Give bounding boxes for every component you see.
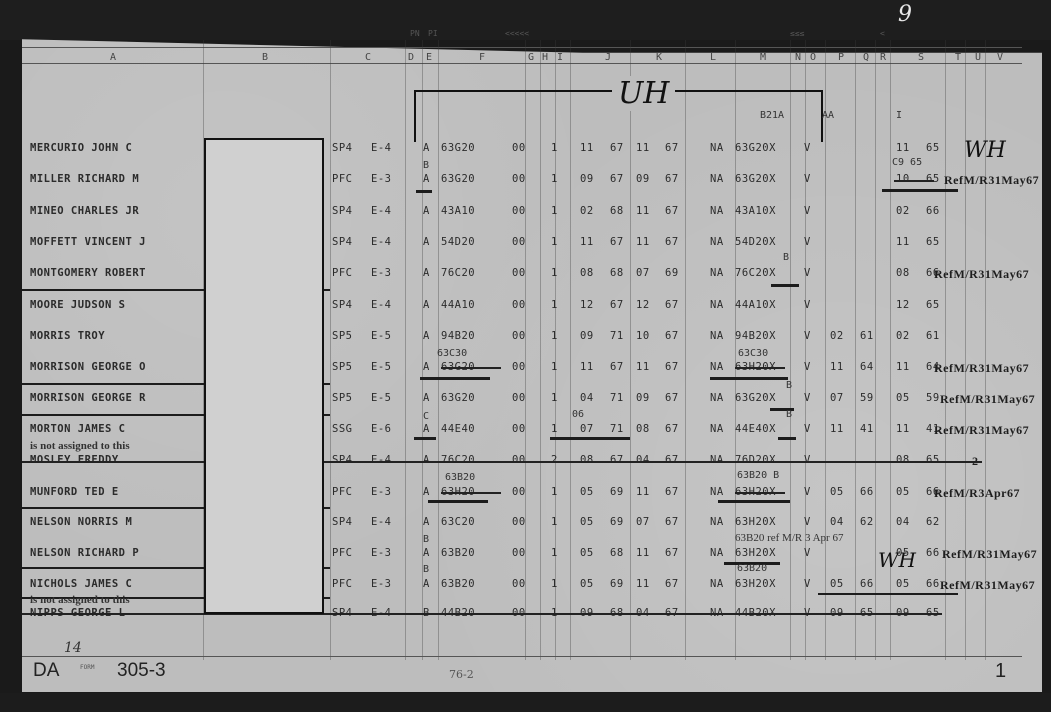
mos-code: 63G20: [441, 173, 475, 185]
column-letter-j: J: [605, 52, 612, 63]
date-month-1: 08: [580, 454, 594, 466]
mos-code: 63G20: [441, 392, 475, 404]
underline-mark: [420, 377, 490, 380]
date-year-2: 67: [665, 142, 679, 154]
row-strikethrough: [22, 613, 942, 615]
s-year: 59: [926, 392, 940, 404]
column-letter-l: L: [710, 52, 717, 63]
date-year-1: 67: [610, 361, 624, 373]
o-month: 02: [830, 330, 844, 342]
s-month: 05: [896, 578, 910, 590]
date-month-1: 07: [580, 423, 594, 435]
s-annotation: C9 65: [892, 157, 922, 168]
mos-code-2: 63G20X: [735, 392, 776, 404]
handwritten-wh-initials: WH: [964, 138, 1006, 163]
o-month: 07: [830, 392, 844, 404]
s-month: 05: [896, 392, 910, 404]
code-1: 1: [551, 392, 558, 404]
handwritten-page-number: 9: [898, 2, 912, 27]
o-year: 59: [860, 392, 874, 404]
soldier-name: MINEO CHARLES JR: [30, 205, 139, 217]
v-code: V: [804, 361, 811, 373]
soldier-name: MORRISON GEORGE O: [30, 361, 146, 373]
column-letter-c: C: [365, 52, 372, 63]
rank: PFC: [332, 267, 352, 279]
mos-code: 54D20: [441, 236, 475, 248]
flag-annotation: B: [423, 564, 429, 575]
na-code: NA: [710, 454, 724, 466]
handwritten-not-assigned-note: is not assigned to this: [30, 440, 130, 452]
date-month-2: 10: [636, 330, 650, 342]
soldier-name: MUNFORD TED E: [30, 486, 119, 498]
s-year: 65: [926, 236, 940, 248]
date-year-2: 67: [665, 486, 679, 498]
table-row: MILLER RICHARD M PFC E-3 A 63G20 00 1 09…: [0, 173, 1051, 203]
o-month: 05: [830, 486, 844, 498]
mos-code-2: 94B20X: [735, 330, 776, 342]
strikethrough: [894, 180, 934, 182]
rank: SP4: [332, 516, 352, 528]
date-year-2: 67: [665, 205, 679, 217]
date-month-2: 11: [636, 547, 650, 559]
date-year-1: 69: [610, 516, 624, 528]
s-year: 65: [926, 299, 940, 311]
v-code: V: [804, 205, 811, 217]
s-year: 66: [926, 578, 940, 590]
s-month: 11: [896, 423, 910, 435]
soldier-name: NICHOLS JAMES C: [30, 578, 132, 590]
date-year-1: 71: [610, 423, 624, 435]
date-month-2: 09: [636, 173, 650, 185]
mos-code: 94B20: [441, 330, 475, 342]
code-1: 1: [551, 516, 558, 528]
na-code: NA: [710, 392, 724, 404]
mos-code-2: 63G20X: [735, 173, 776, 185]
header-rule-bottom: [22, 63, 1022, 64]
pay-grade: E-4: [371, 236, 391, 248]
na-code: NA: [710, 330, 724, 342]
date-year-1: 67: [610, 454, 624, 466]
code-00: 00: [512, 299, 526, 311]
date-month-2: 08: [636, 423, 650, 435]
mos-code: 43A10: [441, 205, 475, 217]
date-month-1: 05: [580, 486, 594, 498]
status-code: A: [423, 299, 430, 311]
underline-mark: [414, 437, 436, 440]
status-code: A: [423, 454, 430, 466]
column-letter-r: R: [880, 52, 887, 63]
pay-grade: E-6: [371, 423, 391, 435]
v-code: V: [804, 330, 811, 342]
code-00: 00: [512, 454, 526, 466]
reference-note: RefM/R31May67: [940, 392, 1035, 407]
date-month-2: 11: [636, 236, 650, 248]
header-rule-top: [22, 47, 1022, 48]
code-00: 00: [512, 547, 526, 559]
o-year: 66: [860, 578, 874, 590]
code-1: 1: [551, 173, 558, 185]
na-code: NA: [710, 486, 724, 498]
rank: PFC: [332, 173, 352, 185]
form-number: 305-3: [117, 660, 166, 682]
v-code: V: [804, 392, 811, 404]
table-row-struck: MOSLEY FREDDY SP4 E-4 A 76C20 00 2 08 67…: [0, 454, 1051, 484]
underline-mark: [882, 189, 958, 192]
date-month-1: 11: [580, 361, 594, 373]
pay-grade: E-5: [371, 392, 391, 404]
date-year-1: 67: [610, 142, 624, 154]
o-month: 04: [830, 516, 844, 528]
soldier-name: NELSON RICHARD P: [30, 547, 139, 559]
mos-code-2: 63G20X: [735, 142, 776, 154]
reference-note: RefM/R31May67: [940, 578, 1035, 593]
status-code: A: [423, 547, 430, 559]
soldier-name: MERCURIO JOHN C: [30, 142, 132, 154]
rank: SP4: [332, 299, 352, 311]
code-00: 00: [512, 173, 526, 185]
subheader-pn: PN: [410, 29, 420, 38]
handwritten-uh: UH: [612, 76, 675, 111]
column-letter-t: T: [955, 52, 962, 63]
column-letter-m: M: [760, 52, 767, 63]
s-year: 65: [926, 454, 940, 466]
soldier-name: MOORE JUDSON S: [30, 299, 126, 311]
code-1: 1: [551, 486, 558, 498]
table-row: NELSON NORRIS M SP4 E-4 A 63C20 00 1 05 …: [0, 516, 1051, 546]
pay-grade: E-3: [371, 578, 391, 590]
code-00: 00: [512, 267, 526, 279]
date-month-1: 11: [580, 142, 594, 154]
reference-note: RefM/R31May67: [942, 547, 1037, 562]
date-month-2: 07: [636, 516, 650, 528]
pay-grade: E-4: [371, 299, 391, 311]
date-month-1: 08: [580, 267, 594, 279]
s-year: 61: [926, 330, 940, 342]
form-label: FORM: [80, 664, 94, 671]
mos2-annotation: 63B20 B: [737, 470, 779, 481]
rank: PFC: [332, 486, 352, 498]
strikethrough: [735, 367, 785, 369]
code-00: 00: [512, 578, 526, 590]
page-number: 1: [995, 660, 1006, 683]
soldier-name: NELSON NORRIS M: [30, 516, 132, 528]
reference-note: RefM/R31May67: [934, 361, 1029, 376]
status-code: A: [423, 173, 430, 185]
handwritten-number-14: 14: [64, 640, 82, 656]
date-year-1: 68: [610, 205, 624, 217]
code-00: 00: [512, 516, 526, 528]
pay-grade: E-3: [371, 547, 391, 559]
rank: SP4: [332, 454, 352, 466]
mos-code-2: 63H20X: [735, 516, 776, 528]
status-code: A: [423, 486, 430, 498]
rank: SP4: [332, 236, 352, 248]
date-year-2: 67: [665, 547, 679, 559]
date-month-2: 09: [636, 392, 650, 404]
table-row: MOFFETT VINCENT J SP4 E-4 A 54D20 00 1 1…: [0, 236, 1051, 266]
na-code: NA: [710, 142, 724, 154]
o-year: 64: [860, 361, 874, 373]
o-year: 41: [860, 423, 874, 435]
date-year-1: 67: [610, 173, 624, 185]
v-code: V: [804, 173, 811, 185]
column-letter-p: P: [838, 52, 845, 63]
mos2-annotation: B: [786, 380, 792, 391]
mos-code-2: 44A10X: [735, 299, 776, 311]
mos-code: 76C20: [441, 267, 475, 279]
date-year-2: 67: [665, 361, 679, 373]
date-month-2: 11: [636, 142, 650, 154]
rank: SP5: [332, 330, 352, 342]
table-row: MINEO CHARLES JR SP4 E-4 A 43A10 00 1 02…: [0, 205, 1051, 235]
rank: SP5: [332, 392, 352, 404]
date-year-1: 67: [610, 299, 624, 311]
date-year-1: 68: [610, 267, 624, 279]
mos-annotation: 63C30: [437, 348, 467, 359]
date-year-2: 67: [665, 423, 679, 435]
na-code: NA: [710, 299, 724, 311]
flag-annotation: C: [423, 411, 429, 422]
date-year-1: 71: [610, 392, 624, 404]
status-code: A: [423, 516, 430, 528]
mos2-annotation: 63B20 ref M/R 3 Apr 67: [735, 532, 843, 544]
s-month: 11: [896, 236, 910, 248]
date-month-1: 05: [580, 516, 594, 528]
na-code: NA: [710, 267, 724, 279]
flag-annotation: B: [423, 534, 429, 545]
column-letter-b: B: [262, 52, 269, 63]
date-year-2: 67: [665, 454, 679, 466]
pay-grade: E-3: [371, 173, 391, 185]
strikethrough: [441, 367, 501, 369]
na-code: NA: [710, 516, 724, 528]
code-00: 00: [512, 392, 526, 404]
underline-mark: [778, 437, 796, 440]
s-month: 10: [896, 173, 910, 185]
date-month-2: 11: [636, 361, 650, 373]
date-year-2: 67: [665, 299, 679, 311]
status-code: A: [423, 267, 430, 279]
mos-code: 44A10: [441, 299, 475, 311]
mos-code-2: 76D20X: [735, 454, 776, 466]
column-letter-u: U: [975, 52, 982, 63]
row-strikethrough: [22, 461, 982, 463]
pay-grade: E-4: [371, 142, 391, 154]
column-letter-q: Q: [863, 52, 870, 63]
date-year-1: 68: [610, 547, 624, 559]
s-month: 12: [896, 299, 910, 311]
code-00: 00: [512, 423, 526, 435]
mos-code: 63G20: [441, 142, 475, 154]
mos-annotation: 63B20: [445, 472, 475, 483]
s-month: 04: [896, 516, 910, 528]
date-month-2: 11: [636, 205, 650, 217]
header-aa: AA: [822, 110, 834, 121]
s-month: 02: [896, 205, 910, 217]
pay-grade: E-4: [371, 454, 391, 466]
v-code: V: [804, 236, 811, 248]
code-1: 1: [551, 299, 558, 311]
code-1: 1: [551, 205, 558, 217]
column-letter-v: V: [997, 52, 1004, 63]
column-letter-d: D: [408, 52, 415, 63]
status-code: A: [423, 361, 430, 373]
date-month-1: 09: [580, 330, 594, 342]
o-month: 11: [830, 423, 844, 435]
date-year-2: 67: [665, 578, 679, 590]
v-code: V: [804, 454, 811, 466]
s-month: 02: [896, 330, 910, 342]
date-year-2: 67: [665, 516, 679, 528]
underline-mark: [771, 284, 799, 287]
subheader-no: ≤≤≤: [790, 29, 804, 38]
date-month-1: 09: [580, 173, 594, 185]
rank: SSG: [332, 423, 352, 435]
s-month: 11: [896, 142, 910, 154]
date-year-1: 67: [610, 236, 624, 248]
column-letter-g: G: [528, 52, 535, 63]
mos-code-2: 63H20X: [735, 547, 776, 559]
header-b21a: B21A: [760, 110, 784, 121]
code-00: 00: [512, 361, 526, 373]
date-month-2: 07: [636, 267, 650, 279]
date-year-2: 67: [665, 236, 679, 248]
code-1: 1: [551, 423, 558, 435]
underline-mark: [550, 437, 630, 440]
column-letter-n: N: [795, 52, 802, 63]
s-month: 08: [896, 454, 910, 466]
column-letter-k: K: [656, 52, 663, 63]
rank: SP5: [332, 361, 352, 373]
pay-grade: E-5: [371, 361, 391, 373]
s-year: 66: [926, 547, 940, 559]
table-row: MUNFORD TED E PFC E-3 A 63H20 00 1 05 69…: [0, 486, 1051, 516]
pay-grade: E-3: [371, 267, 391, 279]
reference-note: RefM/R31May67: [934, 423, 1029, 438]
soldier-name: MONTGOMERY ROBERT: [30, 267, 146, 279]
v-code: V: [804, 423, 811, 435]
date-month-2: 12: [636, 299, 650, 311]
date-month-2: 04: [636, 454, 650, 466]
column-letter-h: H: [542, 52, 549, 63]
s-year: 62: [926, 516, 940, 528]
date-month-1: 04: [580, 392, 594, 404]
column-letter-f: F: [479, 52, 486, 63]
mos2-annotation: B: [786, 409, 792, 420]
rank: SP4: [332, 142, 352, 154]
column-letter-s: S: [918, 52, 925, 63]
mos-code: 63C20: [441, 516, 475, 528]
s-month: 05: [896, 486, 910, 498]
status-code: A: [423, 392, 430, 404]
code-1: 1: [551, 547, 558, 559]
form-prefix: DA: [33, 660, 59, 682]
subheader-r: <: [880, 29, 885, 38]
s-month: 08: [896, 267, 910, 279]
header-i: I: [896, 110, 902, 121]
v-code: V: [804, 486, 811, 498]
table-row: MORRISON GEORGE R SP5 E-5 A 63G20 00 1 0…: [0, 392, 1051, 422]
status-code: A: [423, 578, 430, 590]
soldier-name: MOFFETT VINCENT J: [30, 236, 146, 248]
status-code: A: [423, 142, 430, 154]
date-month-1: 12: [580, 299, 594, 311]
mos-code: 76C20: [441, 454, 475, 466]
date-month-2: 11: [636, 486, 650, 498]
subheader-gh: <<<<<: [505, 29, 529, 38]
date-month-1: 05: [580, 578, 594, 590]
code-1: 1: [551, 578, 558, 590]
code-1: 1: [551, 236, 558, 248]
underline-mark: [710, 377, 788, 380]
handwritten-not-assigned-note: is not assigned to this: [30, 594, 130, 606]
table-row: MORTON JAMES C SSG E-6 A 44E40 00 1 07 7…: [0, 423, 1051, 453]
status-code: A: [423, 330, 430, 342]
status-code: A: [423, 236, 430, 248]
v-code: V: [804, 578, 811, 590]
date-year-2: 67: [665, 173, 679, 185]
soldier-name: MILLER RICHARD M: [30, 173, 139, 185]
date-year-1: 69: [610, 578, 624, 590]
mos-code: 63B20: [441, 547, 475, 559]
underline-mark: [818, 593, 958, 595]
rank: SP4: [332, 205, 352, 217]
soldier-name: MORRIS TROY: [30, 330, 105, 342]
status-code: A: [423, 423, 430, 435]
strikethrough: [735, 492, 785, 494]
date-year-2: 69: [665, 267, 679, 279]
table-row: MORRIS TROY SP5 E-5 A 94B20 00 1 09 71 1…: [0, 330, 1051, 360]
reference-note: RefM/R31May67: [944, 173, 1039, 188]
column-letter-i: I: [557, 52, 564, 63]
rank: PFC: [332, 578, 352, 590]
column-letter-e: E: [426, 52, 433, 63]
code-00: 00: [512, 205, 526, 217]
soldier-name: MORTON JAMES C: [30, 423, 126, 435]
code-00: 00: [512, 330, 526, 342]
mos-code: 44E40: [441, 423, 475, 435]
code-00: 00: [512, 142, 526, 154]
mos2-annotation: 63B20: [737, 563, 767, 574]
s-year: 65: [926, 173, 940, 185]
table-row: MORRISON GEORGE O SP5 E-5 A 63G20 00 1 1…: [0, 361, 1051, 391]
v-code: V: [804, 142, 811, 154]
code-1: 1: [551, 142, 558, 154]
v-code: V: [804, 516, 811, 528]
rank: PFC: [332, 547, 352, 559]
date-month-1: 02: [580, 205, 594, 217]
s-year: 65: [926, 142, 940, 154]
footer-center-note: 76-2: [449, 668, 474, 681]
code-1: 1: [551, 330, 558, 342]
table-row: MOORE JUDSON S SP4 E-4 A 44A10 00 1 12 6…: [0, 299, 1051, 329]
scan-border-bottom: [0, 693, 1051, 712]
footer-rule: [22, 656, 1022, 657]
soldier-name: MORRISON GEORGE R: [30, 392, 146, 404]
date-annotation: 06: [572, 409, 584, 420]
na-code: NA: [710, 236, 724, 248]
table-row: MONTGOMERY ROBERT PFC E-3 A 76C20 00 1 0…: [0, 267, 1051, 297]
pay-grade: E-3: [371, 486, 391, 498]
na-code: NA: [710, 423, 724, 435]
flag-annotation: B: [423, 160, 429, 171]
reference-note: RefM/R3Apr67: [934, 486, 1020, 501]
strikethrough: [441, 492, 501, 494]
v-code: V: [804, 299, 811, 311]
na-code: NA: [710, 173, 724, 185]
mos-code-2: 44E40X: [735, 423, 776, 435]
pay-grade: E-4: [371, 205, 391, 217]
